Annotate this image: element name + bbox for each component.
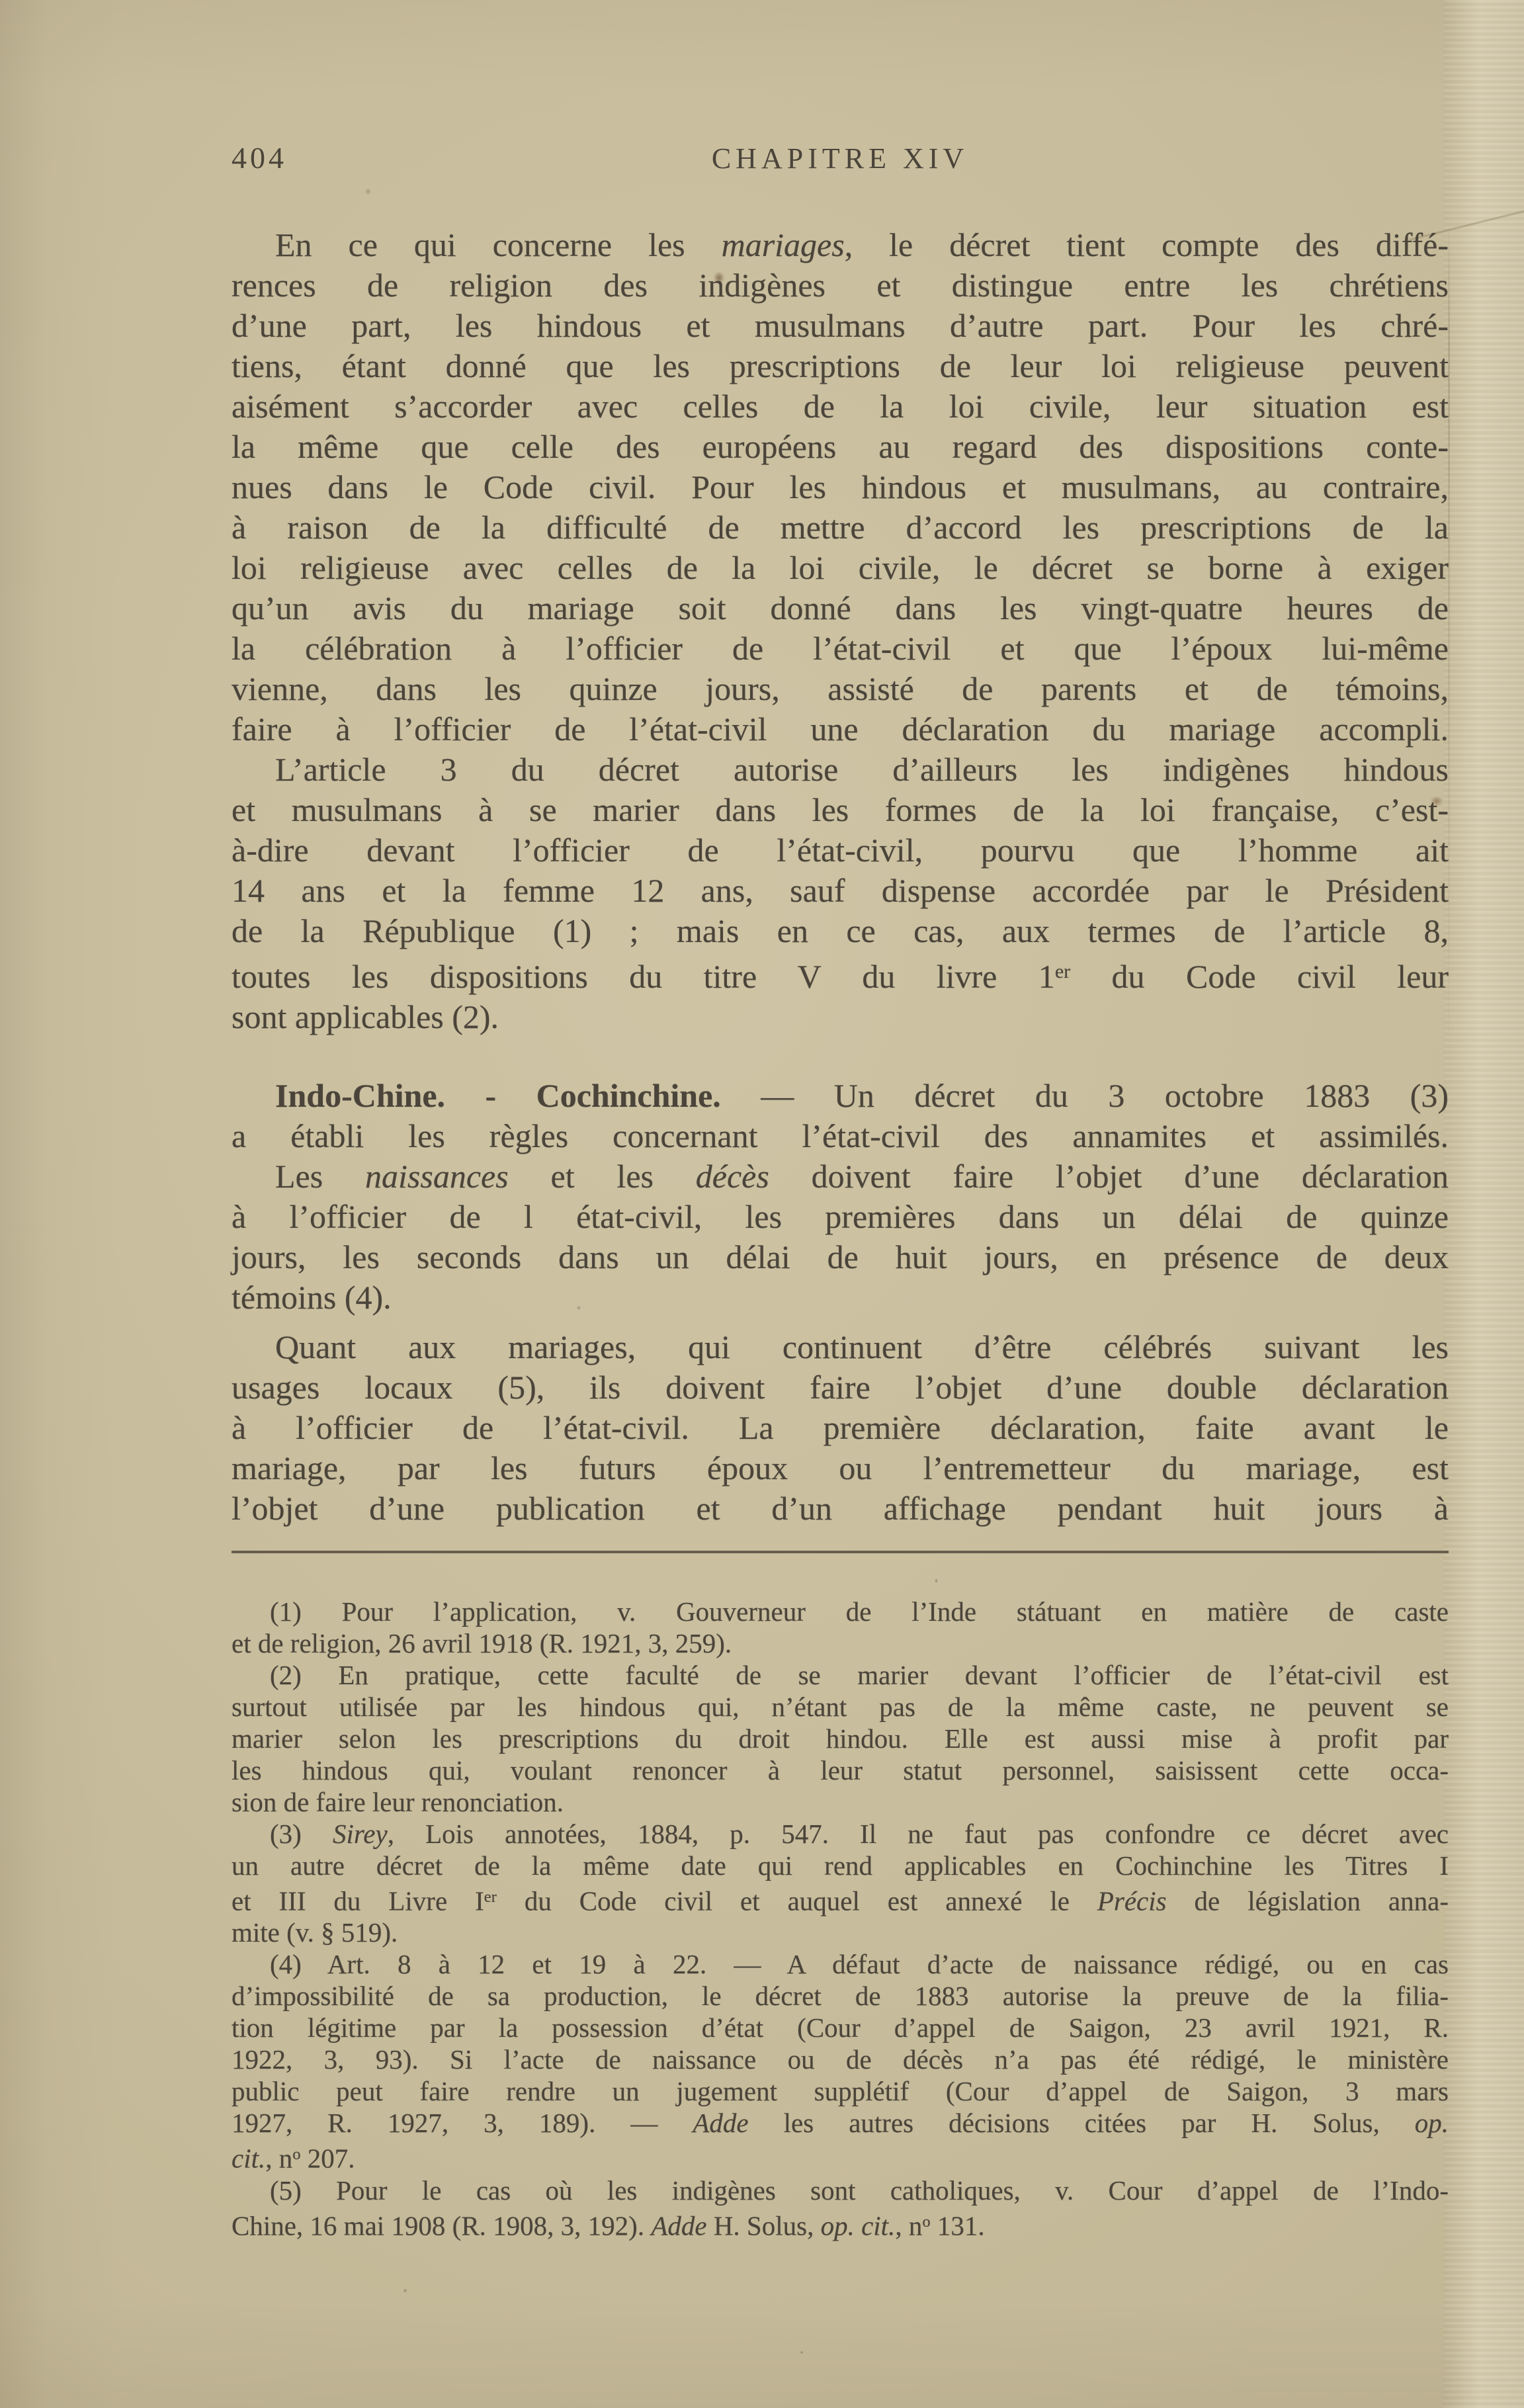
scanned-page: 404 CHAPITRE XIV En ce qui concerne les … — [0, 0, 1524, 2408]
footnote-separator — [232, 1551, 1449, 1553]
italic-run: mariages — [722, 226, 845, 263]
italic-run: Adde — [693, 2108, 748, 2138]
paper-stain — [363, 187, 373, 196]
text-line: mariage, par les futurs époux ou l’entre… — [232, 1448, 1449, 1488]
text-line: En ce qui concerne les mariages, le décr… — [232, 225, 1449, 265]
text-line: surtout utilisée par les hindous qui, n’… — [232, 1691, 1449, 1723]
italic-run: naissances — [365, 1158, 509, 1195]
text-line: de la République (1) ; mais en ce cas, a… — [232, 911, 1449, 951]
text-line: témoins (4). — [232, 1277, 1449, 1318]
text-line: et III du Livre Ier du Code civil et auq… — [232, 1881, 1449, 1916]
text-line: Quant aux mariages, qui continuent d’êtr… — [232, 1327, 1449, 1367]
footnotes: (1) Pour l’application, v. Gouverneur de… — [232, 1596, 1449, 2241]
page-edge-band — [1443, 0, 1524, 2408]
text-line: mite (v. § 519). — [232, 1916, 1449, 1948]
text-line: à raison de la difficulté de mettre d’ac… — [232, 507, 1449, 548]
text-line: cit., no 207. — [232, 2139, 1449, 2174]
text-line: L’article 3 du décret autorise d’ailleur… — [232, 750, 1449, 790]
italic-run: op. cit. — [821, 2210, 896, 2241]
text-line: d’impossibilité de sa production, le déc… — [232, 1980, 1449, 2012]
paper-stain — [934, 1577, 939, 1584]
text-line: Les naissances et les décès doivent fair… — [232, 1156, 1449, 1197]
text-line: vienne, dans les quinze jours, assisté d… — [232, 669, 1449, 709]
footnote-2: (2) En pratique, cette faculté de se mar… — [232, 1659, 1449, 1818]
text-line: (1) Pour l’application, v. Gouverneur de… — [232, 1596, 1449, 1627]
text-line: sion de faire leur renonciation. — [232, 1786, 1449, 1818]
italic-run: cit. — [232, 2143, 265, 2174]
chapter-header: CHAPITRE XIV — [232, 142, 1449, 175]
text-line: la même que celle des européens au regar… — [232, 427, 1449, 467]
footnote-4: (4) Art. 8 à 12 et 19 à 22. — A défaut d… — [232, 1948, 1449, 2174]
superscript-run: o — [292, 2145, 300, 2163]
text-line: l’objet d’une publication et d’un affich… — [232, 1488, 1449, 1529]
text-line: toutes les dispositions du titre V du li… — [232, 951, 1449, 997]
text-line: un autre décret de la même date qui rend… — [232, 1850, 1449, 1881]
text-line: d’une part, les hindous et musulmans d’a… — [232, 306, 1449, 346]
text-line: tiens, étant donné que les prescriptions… — [232, 346, 1449, 386]
paragraph-article-3: L’article 3 du décret autorise d’ailleur… — [232, 750, 1449, 1037]
italic-run: op. — [1415, 2108, 1449, 2138]
italic-run: Précis — [1097, 1885, 1167, 1916]
text-line: la célébration à l’officier de l’état-ci… — [232, 628, 1449, 669]
paragraph-naissances-deces: Les naissances et les décès doivent fair… — [232, 1156, 1449, 1318]
text-line: les hindous qui, voulant renoncer à leur… — [232, 1754, 1449, 1786]
italic-run: Adde — [651, 2210, 706, 2241]
book-page-scan: { "page": { "number": "404", "chapter_he… — [0, 0, 1524, 2408]
text-line: loi religieuse avec celles de la loi civ… — [232, 548, 1449, 588]
bold-run: Indo-Chine. - Cochinchine. — [275, 1077, 721, 1114]
main-text: En ce qui concerne les mariages, le décr… — [232, 225, 1449, 1529]
text-line: 14 ans et la femme 12 ans, sauf dispense… — [232, 871, 1449, 911]
text-line: et musulmans à se marier dans les formes… — [232, 790, 1449, 830]
text-line: faire à l’officier de l’état-civil une d… — [232, 709, 1449, 750]
paragraph-mariages: En ce qui concerne les mariages, le décr… — [232, 225, 1449, 750]
footnote-1: (1) Pour l’application, v. Gouverneur de… — [232, 1596, 1449, 1659]
paper-stain — [799, 2350, 804, 2355]
italic-run: décès — [696, 1158, 769, 1195]
text-line: Indo-Chine. - Cochinchine. — Un décret d… — [232, 1076, 1449, 1116]
text-line: Chine, 16 mai 1908 (R. 1908, 3, 192). Ad… — [232, 2206, 1449, 2241]
footnote-5: (5) Pour le cas où les indigènes sont ca… — [232, 2174, 1449, 2241]
text-line: a établi les règles concernant l’état-ci… — [232, 1116, 1449, 1156]
text-line: sont applicables (2). — [232, 997, 1449, 1037]
superscript-run: er — [1055, 961, 1070, 982]
text-line: 1922, 3, 93). Si l’acte de naissance ou … — [232, 2043, 1449, 2075]
paper-stain — [402, 2288, 408, 2294]
text-line: marier selon les prescriptions du droit … — [232, 1723, 1449, 1754]
text-line: qu’un avis du mariage soit donné dans le… — [232, 588, 1449, 628]
text-line: jours, les seconds dans un délai de huit… — [232, 1237, 1449, 1277]
text-line: (2) En pratique, cette faculté de se mar… — [232, 1659, 1449, 1691]
text-line: nues dans le Code civil. Pour les hindou… — [232, 467, 1449, 507]
text-line: à-dire devant l’officier de l’état-civil… — [232, 830, 1449, 871]
text-line: (3) Sirey, Lois annotées, 1884, p. 547. … — [232, 1818, 1449, 1850]
text-line: à l’officier de l’état-civil. La premièr… — [232, 1408, 1449, 1448]
section-indochine-cochinchine: Indo-Chine. - Cochinchine. — Un décret d… — [232, 1076, 1449, 1156]
text-line: aisément s’accorder avec celles de la lo… — [232, 386, 1449, 427]
paragraph-quant-aux-mariages: Quant aux mariages, qui continuent d’êtr… — [232, 1327, 1449, 1529]
text-line: et de religion, 26 avril 1918 (R. 1921, … — [232, 1627, 1449, 1659]
text-line: 1927, R. 1927, 3, 189). — Adde les autre… — [232, 2107, 1449, 2139]
text-line: usages locaux (5), ils doivent faire l’o… — [232, 1367, 1449, 1408]
text-line: public peut faire rendre un jugement sup… — [232, 2075, 1449, 2107]
text-line: (5) Pour le cas où les indigènes sont ca… — [232, 2174, 1449, 2206]
text-line: rences de religion des indigènes et dist… — [232, 265, 1449, 306]
superscript-run: er — [484, 1888, 497, 1906]
text-line: à l’officier de l état-civil, les premiè… — [232, 1197, 1449, 1237]
text-line: tion légitime par la possession d’état (… — [232, 2012, 1449, 2043]
italic-run: Sirey — [333, 1819, 388, 1849]
footnote-3: (3) Sirey, Lois annotées, 1884, p. 547. … — [232, 1818, 1449, 1948]
superscript-run: o — [922, 2213, 930, 2231]
text-line: (4) Art. 8 à 12 et 19 à 22. — A défaut d… — [232, 1948, 1449, 1980]
